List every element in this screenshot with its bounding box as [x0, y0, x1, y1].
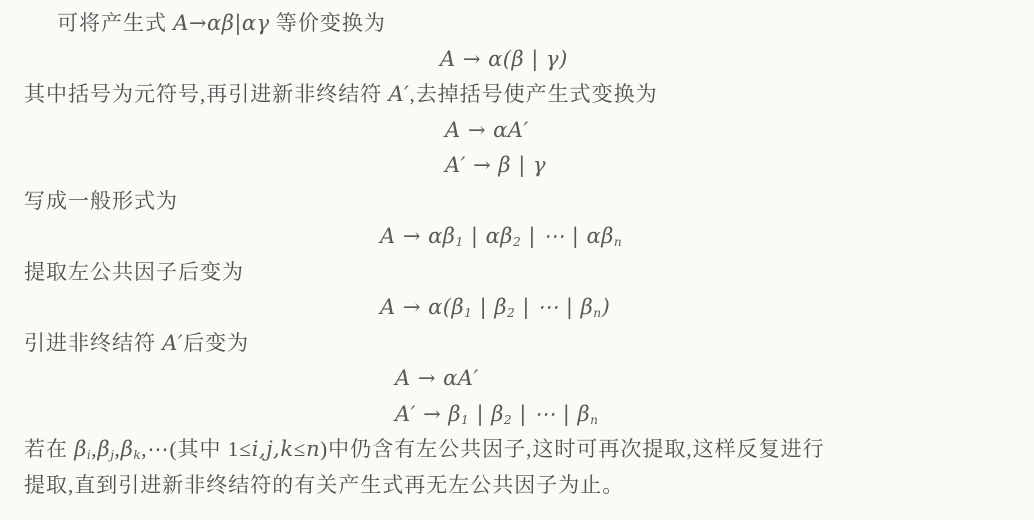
formula-line: A → αA′	[24, 113, 1016, 149]
paragraph-line: 提取,直到引进新非终结符的有关产生式再无左公共因子为止。	[24, 468, 1016, 504]
paragraph-line: 若在 βi,βj,βk,⋯(其中 1≤i,j,k≤n)中仍含有左公共因子,这时可…	[24, 432, 1016, 468]
formula-line: A → α(β | γ)	[24, 42, 1016, 78]
formula-line: A → αA′	[24, 361, 1016, 397]
formula-line: A → αβ1 | αβ2 | ⋯ | αβn	[24, 219, 1016, 255]
paragraph-line: 其中括号为元符号,再引进新非终结符 A′,去掉括号使产生式变换为	[24, 77, 1016, 113]
formula-line: A′ → β | γ	[24, 148, 1016, 184]
paragraph-line: 可将产生式 A→αβ|αγ 等价变换为	[24, 6, 1016, 42]
formula-line: A′ → β1 | β2 | ⋯ | βn	[24, 397, 1016, 433]
paragraph-line: 引进非终结符 A′后变为	[24, 326, 1016, 362]
book-page: 可将产生式 A→αβ|αγ 等价变换为 A → α(β | γ) 其中括号为元符…	[0, 0, 1034, 520]
paragraph-line: 写成一般形式为	[24, 184, 1016, 220]
formula-line: A → α(β1 | β2 | ⋯ | βn)	[24, 290, 1016, 326]
paragraph-line: 提取左公共因子后变为	[24, 255, 1016, 291]
